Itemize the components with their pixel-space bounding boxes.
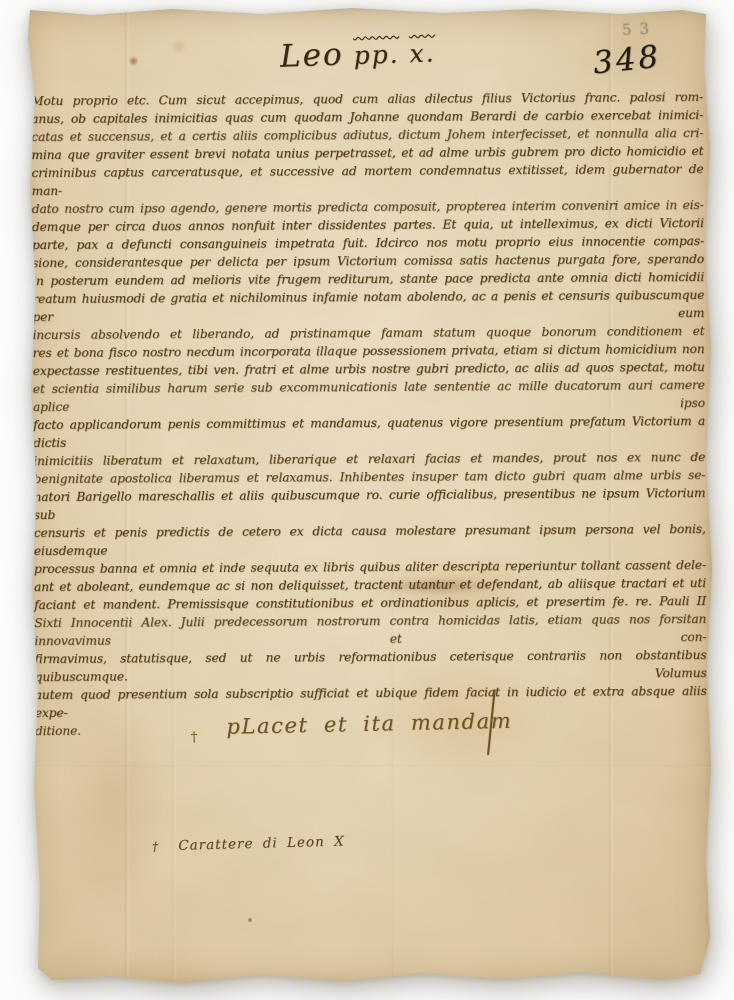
manuscript-line: facto applicandorum penis committimus et… xyxy=(33,412,705,452)
manuscript-body: Motu proprio etc. Cum sicut accepimus, q… xyxy=(31,88,707,740)
manuscript-line: reatum huiusmodi de gratia et nichilomin… xyxy=(32,286,704,326)
manuscript-line: Sixti Innocentii Alex. Julii predecessor… xyxy=(34,610,706,650)
archival-number: 348 xyxy=(591,39,663,82)
cross-icon: † xyxy=(190,729,197,745)
amber-stain xyxy=(170,40,188,53)
pencil-folio-number: 53 xyxy=(622,19,658,39)
header-leo: Leo xyxy=(279,37,344,75)
header-pp: pp. xyxy=(353,40,400,71)
manuscript-line: firmavimus, statutisque, sed ut ne urbis… xyxy=(34,646,706,686)
manuscript-sheet: Leo pp. x. 53 348 Motu proprio etc. Cum … xyxy=(22,8,712,985)
manuscript-sheet-shadow: Leo pp. x. 53 348 Motu proprio etc. Cum … xyxy=(22,8,712,985)
header-x: x. xyxy=(409,38,436,68)
manuscript-line: natori Barigello mareschallis et aliis q… xyxy=(33,484,705,524)
scan-background: Leo pp. x. 53 348 Motu proprio etc. Cum … xyxy=(0,0,734,1000)
header-inscription: Leo pp. x. xyxy=(279,33,436,74)
cross-icon: † xyxy=(152,839,159,853)
foxing-spot xyxy=(128,56,139,66)
ink-speck xyxy=(248,918,252,922)
manuscript-line: criminibus captus carceratusque, et succ… xyxy=(31,160,703,200)
manuscript-line: et scientia similibus harum serie sub ex… xyxy=(33,376,705,416)
manuscript-line: censuris et penis predictis de cetero ex… xyxy=(34,520,706,560)
